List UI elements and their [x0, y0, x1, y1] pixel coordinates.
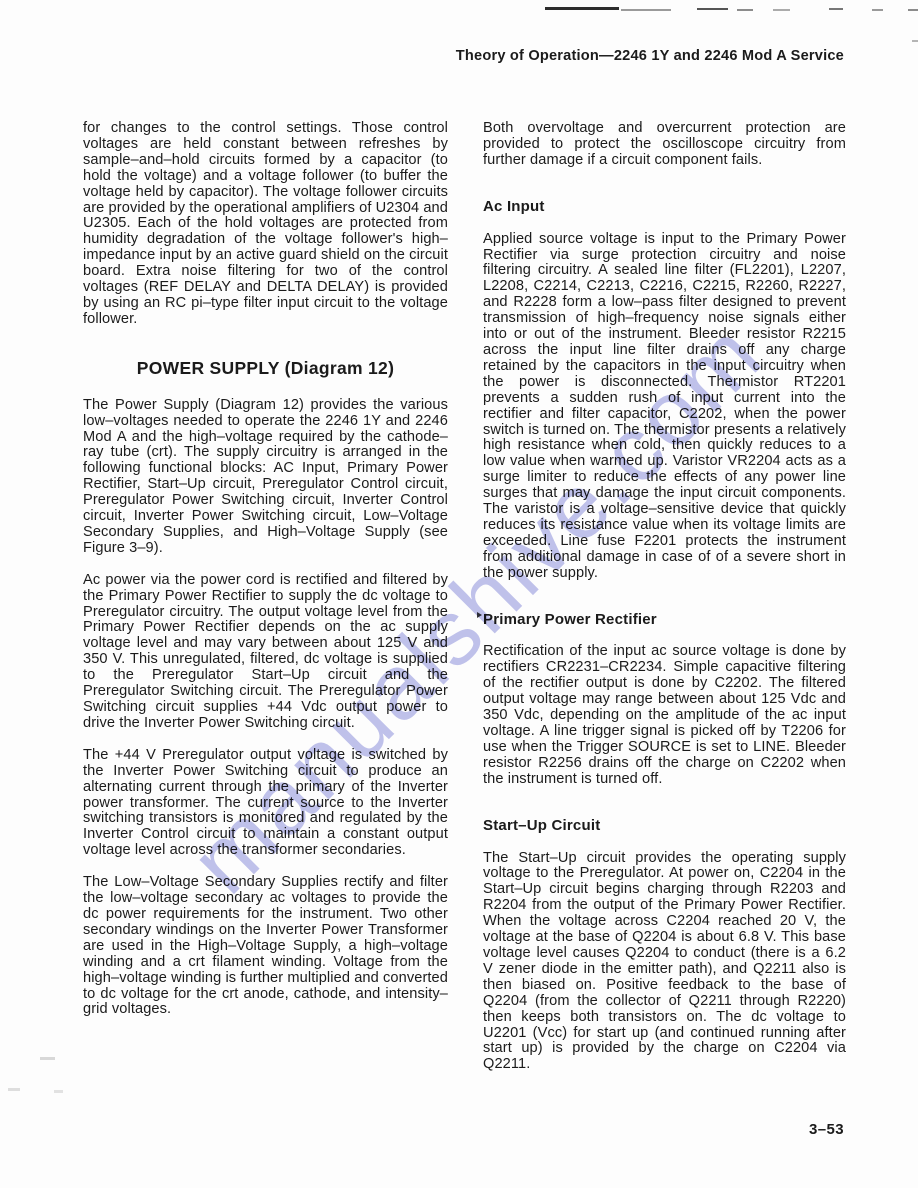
scan-speck — [912, 40, 918, 42]
section-heading-power-supply: POWER SUPPLY (Diagram 12) — [83, 361, 448, 377]
scan-rule-segment — [829, 8, 843, 10]
paragraph: Applied source voltage is input to the P… — [483, 232, 846, 582]
page-number: 3–53 — [809, 1121, 844, 1138]
scan-speck — [40, 1057, 55, 1060]
scan-rule-segment — [773, 9, 790, 11]
paragraph: Ac power via the power cord is rectified… — [83, 573, 448, 732]
paragraph: Both overvoltage and overcurrent protect… — [483, 121, 846, 169]
scan-rule-segment — [908, 9, 918, 11]
scan-rule-segment — [545, 7, 619, 10]
paragraph: The Power Supply (Diagram 12) provides t… — [83, 398, 448, 557]
sub-heading-ac-input: Ac Input — [483, 199, 846, 215]
scan-speck — [54, 1090, 63, 1093]
paragraph: The Start–Up circuit provides the operat… — [483, 851, 846, 1074]
paragraph: for changes to the control settings. Tho… — [83, 121, 448, 328]
scan-rule-segment — [621, 9, 671, 11]
paragraph: The Low–Voltage Secondary Supplies recti… — [83, 875, 448, 1018]
scan-rule-segment — [697, 8, 728, 10]
scan-speck — [8, 1088, 20, 1091]
paragraph: The +44 V Preregulator output voltage is… — [83, 748, 448, 859]
scan-rule-segment — [737, 9, 753, 11]
sub-heading-start-up-circuit: Start–Up Circuit — [483, 818, 846, 834]
sub-heading-primary-power-rectifier: Primary Power Rectifier — [483, 612, 846, 628]
scanned-manual-page: Theory of Operation—2246 1Y and 2246 Mod… — [0, 0, 918, 1188]
left-column: for changes to the control settings. Tho… — [83, 121, 448, 1034]
paragraph: Rectification of the input ac source vol… — [483, 644, 846, 787]
right-column: Both overvoltage and overcurrent protect… — [483, 121, 846, 1089]
scan-rule-segment — [872, 9, 883, 11]
page-header: Theory of Operation—2246 1Y and 2246 Mod… — [456, 48, 844, 64]
scan-speck — [477, 612, 482, 618]
